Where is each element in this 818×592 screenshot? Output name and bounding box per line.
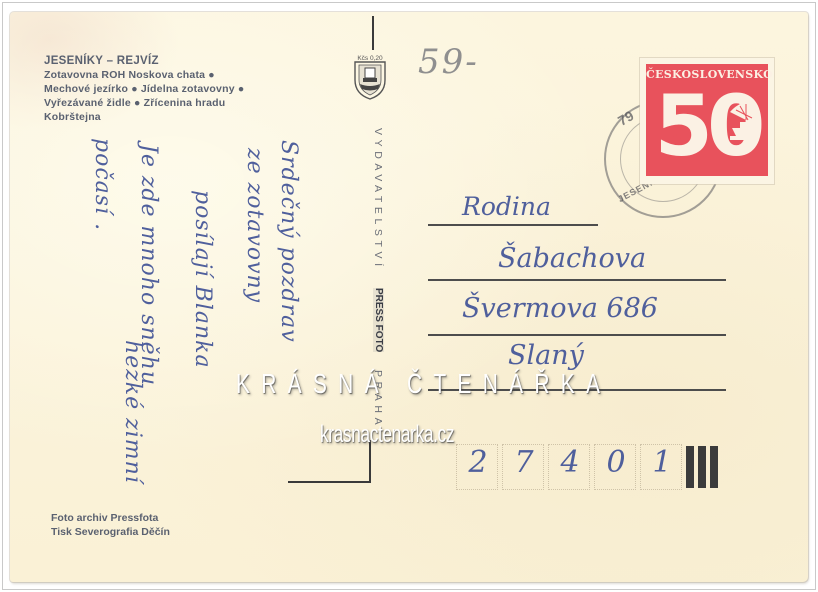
pencil-note: 59- <box>418 42 479 82</box>
satellite-dish-icon <box>726 98 762 142</box>
postal-code-box: 0 <box>594 444 636 490</box>
postal-code-digit: 0 <box>599 445 633 480</box>
watermark-title: KRÁSNÁ ČTENÁŘKA <box>236 368 611 400</box>
caption-line: Mechové jezírko ● Jídelna zotavovny ● <box>44 82 244 96</box>
address-surname: Šabachova <box>498 243 646 274</box>
address-line <box>428 334 726 336</box>
caption-block: JESENÍKY – REJVÍZ Zotavovna ROH Noskova … <box>44 54 244 124</box>
address-street: Švermova 686 <box>462 293 658 324</box>
postage-stamp: ČESKOSLOVENSKO 50 h <box>640 58 774 184</box>
postal-code-digit: 7 <box>507 445 541 480</box>
caption-title: JESENÍKY – REJVÍZ <box>44 54 244 68</box>
address-name: Rodina <box>462 192 551 221</box>
caption-line: Vyřezávané židle ● Zřícenina hradu <box>44 96 244 110</box>
postal-code-box: 1 <box>640 444 682 490</box>
postal-code-bar <box>686 446 694 488</box>
postal-code-boxes: 2 7 4 0 1 <box>456 444 682 490</box>
stamp-unit: h <box>672 130 682 146</box>
message-line: počasí . <box>90 138 115 231</box>
handwritten-message: Srdečný pozdrav ze zotavovny posílají Bl… <box>80 130 330 510</box>
stamp-face: ČESKOSLOVENSKO 50 h <box>646 64 768 176</box>
address-line <box>428 279 726 281</box>
message-line: posílají Blanka <box>190 190 215 369</box>
postal-code-digit: 2 <box>461 445 495 480</box>
publisher-brand: PRESS FOTO <box>373 288 384 352</box>
message-line: ze zotavovny <box>242 148 267 303</box>
postal-code-bars <box>686 446 718 488</box>
watermark-url: krasnactenarka.cz <box>320 421 454 449</box>
publisher-prefix: VYDAVATELSTVÍ <box>372 128 384 271</box>
ship-emblem-icon: Kčs 0,20 <box>347 52 393 100</box>
address-city: Slaný <box>508 340 584 371</box>
divider-line <box>372 16 374 50</box>
message-line: Srdečný pozdrav <box>276 140 301 343</box>
postal-code-digit: 4 <box>553 445 587 480</box>
credit-line: Foto archiv Pressfota <box>51 511 170 525</box>
postal-code-bar <box>710 446 718 488</box>
address-line <box>428 224 598 226</box>
credits-block: Foto archiv Pressfota Tisk Severografia … <box>51 511 170 539</box>
credit-line: Tisk Severografia Děčín <box>51 525 170 539</box>
postal-code-box: 2 <box>456 444 498 490</box>
emblem-price: Kčs 0,20 <box>357 55 383 62</box>
message-line: hezké zimní <box>120 340 145 484</box>
postal-code-bar <box>698 446 706 488</box>
postal-code-digit: 1 <box>645 445 679 480</box>
caption-line: Kobrštejna <box>44 110 244 124</box>
postal-code-box: 4 <box>548 444 590 490</box>
caption-line: Zotavovna ROH Noskova chata ● <box>44 68 244 82</box>
postal-code-box: 7 <box>502 444 544 490</box>
